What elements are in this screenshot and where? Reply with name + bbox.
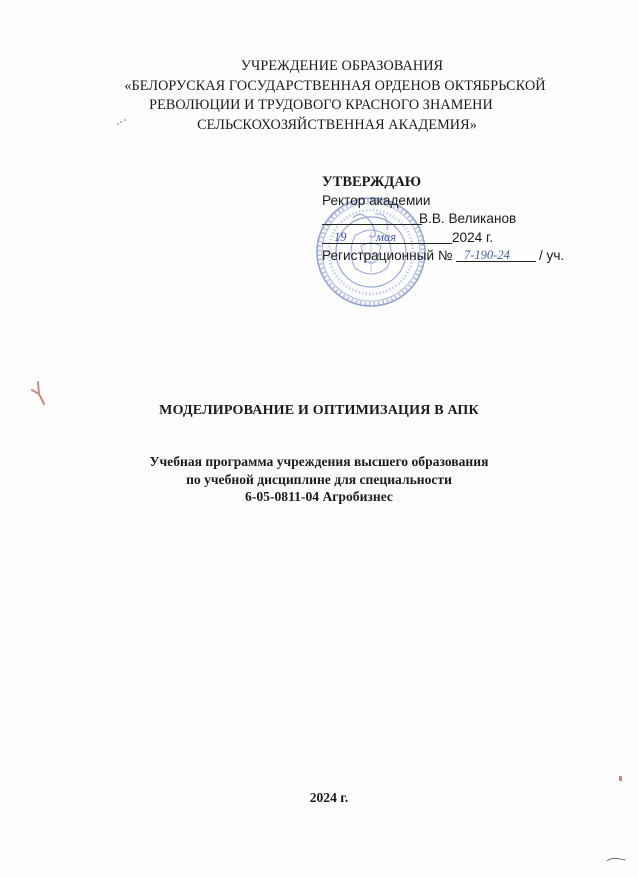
date-month: мая xyxy=(376,228,396,247)
signatory-name: В.В. Великанов xyxy=(419,210,516,229)
header-line-1: УЧРЕЖДЕНИЕ ОБРАЗОВАНИЯ xyxy=(90,57,580,77)
program-subtitle: Учебная программа учреждения высшего обр… xyxy=(0,453,638,506)
approval-block: УТВЕРЖДАЮ Ректор академии В.В. Великанов… xyxy=(322,173,582,266)
date-day: 19 xyxy=(334,228,347,247)
date-row: 19 мая 2024 г. xyxy=(322,229,582,248)
signature-line xyxy=(322,224,422,225)
header-line-3: РЕВОЛЮЦИИ И ТРУДОВОГО КРАСНОГО ЗНАМЕНИ xyxy=(62,96,580,116)
registration-number: 7-190-24 xyxy=(464,246,510,265)
scan-speck-icon xyxy=(618,775,624,783)
approval-position: Ректор академии xyxy=(322,192,582,211)
document-page: УЧРЕЖДЕНИЕ ОБРАЗОВАНИЯ «БЕЛОРУСКАЯ ГОСУД… xyxy=(0,0,638,877)
signature-row: В.В. Великанов xyxy=(322,210,582,229)
registration-label: Регистрационный № xyxy=(322,247,452,266)
approval-title: УТВЕРЖДАЮ xyxy=(322,173,582,192)
scan-edge-mark-icon xyxy=(606,855,628,863)
subtitle-line-2: по учебной дисциплине для специальности xyxy=(0,471,638,489)
subtitle-line-3: 6-05-0811-04 Агробизнес xyxy=(0,488,638,506)
header-line-2: «БЕЛОРУСКАЯ ГОСУДАРСТВЕННАЯ ОРДЕНОВ ОКТЯ… xyxy=(90,77,580,97)
registration-row: Регистрационный № 7-190-24 / уч. xyxy=(322,247,582,266)
subtitle-line-1: Учебная программа учреждения высшего обр… xyxy=(0,453,638,471)
institution-header: УЧРЕЖДЕНИЕ ОБРАЗОВАНИЯ «БЕЛОРУСКАЯ ГОСУД… xyxy=(90,57,580,135)
registration-suffix: / уч. xyxy=(539,247,564,266)
date-year: 2024 г. xyxy=(452,229,493,248)
header-line-4: СЕЛЬСКОХОЗЯЙСТВЕННАЯ АКАДЕМИЯ» xyxy=(90,116,580,136)
document-year: 2024 г. xyxy=(0,790,638,806)
discipline-title: МОДЕЛИРОВАНИЕ И ОПТИМИЗАЦИЯ В АПК xyxy=(0,403,638,419)
